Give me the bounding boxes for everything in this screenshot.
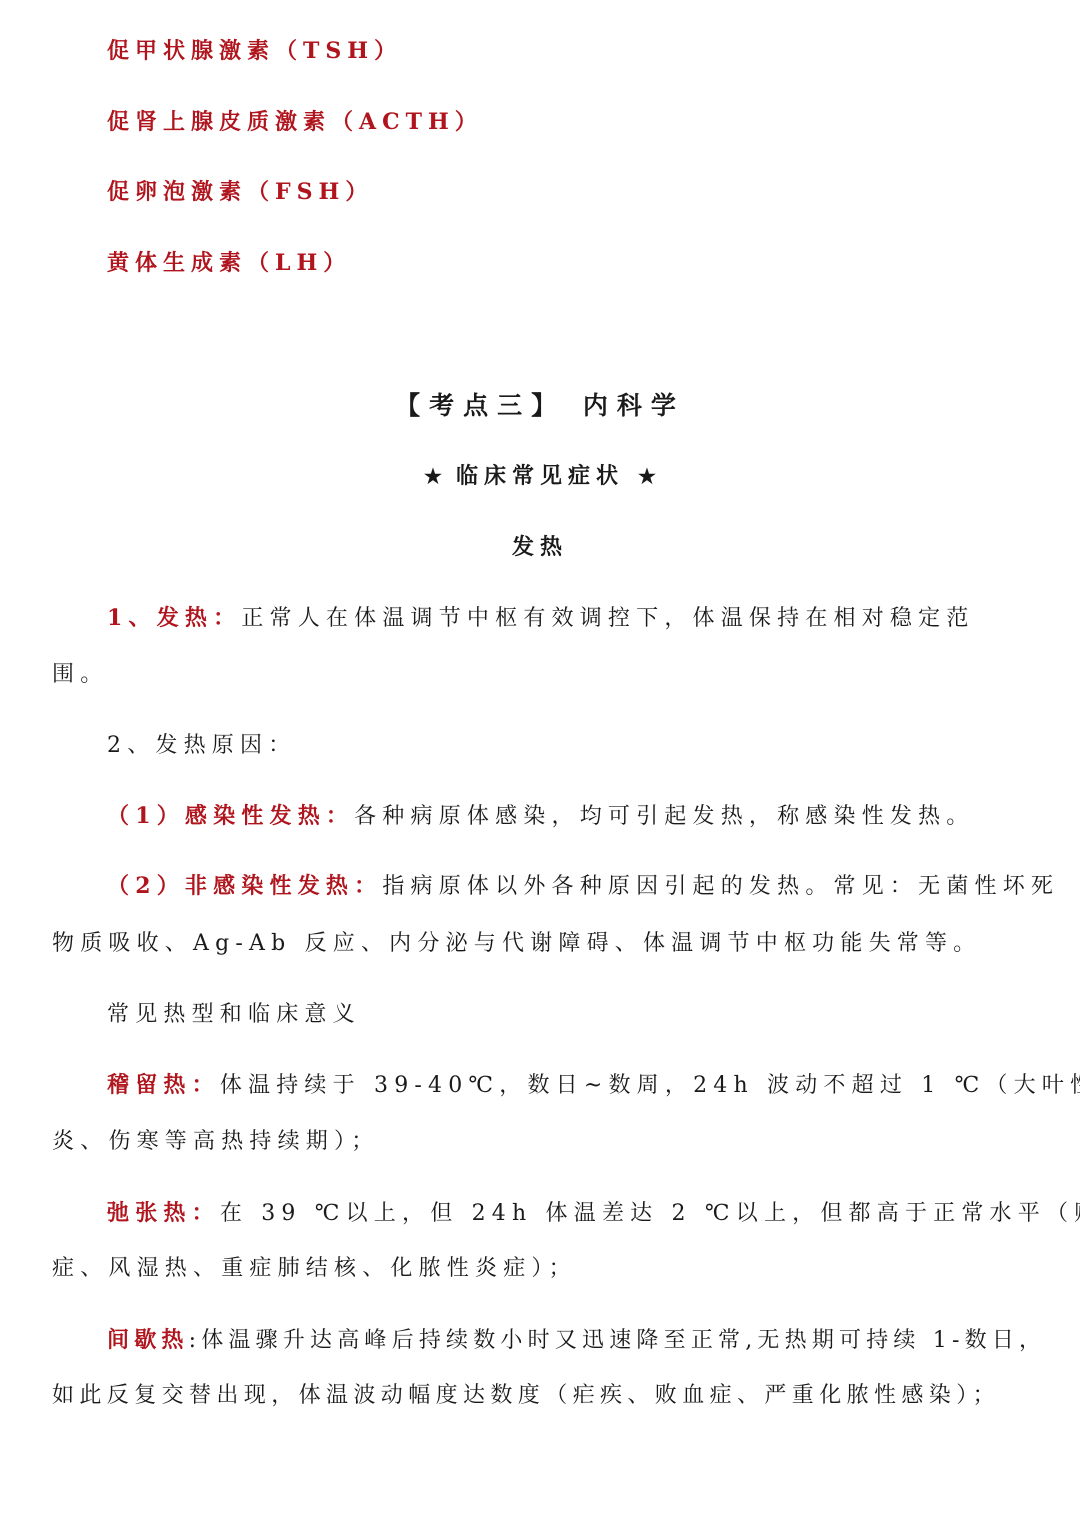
hormone-item-fsh: 促卵泡激素（FSH） xyxy=(107,181,373,203)
bracket-open: 【 xyxy=(395,391,429,420)
hormone-name: 促卵泡激素 xyxy=(107,179,247,205)
hormone-abbr: FSH xyxy=(275,179,345,205)
paragraph-text: 各种病原体感染，均可引起发热，称感染性发热。 xyxy=(354,804,974,829)
section-label: 考点三 xyxy=(429,391,531,420)
term-label: 1、发热： xyxy=(107,605,241,631)
paragraph-continuous-fever: 稽留热：体温持续于 39-40℃，数日~数周，24h 波动不超过 1 ℃（大叶性… xyxy=(107,1074,1080,1097)
paragraph-fever-definition: 1、发热：正常人在体温调节中枢有效调控下，体温保持在相对稳定范 xyxy=(107,607,975,630)
hormone-name: 促肾上腺皮质激素 xyxy=(107,109,331,135)
paragraph-text: 指病原体以外各种原因引起的发热。常见：无菌性坏死 xyxy=(382,874,1059,899)
hormone-abbr: LH xyxy=(275,250,323,276)
term-label: 间歇热 xyxy=(107,1327,189,1353)
paragraph-continuation: 围。 xyxy=(52,664,108,686)
hormone-item-acth: 促肾上腺皮质激素（ACTH） xyxy=(107,111,483,133)
hormone-item-lh: 黄体生成素（LH） xyxy=(107,252,351,274)
paragraph-noninfectious-fever: （2）非感染性发热：指病原体以外各种原因引起的发热。常见：无菌性坏死 xyxy=(107,875,1059,898)
hormone-abbr: ACTH xyxy=(359,109,455,135)
paragraph-text: :体温骤升达高峰后持续数小时又迅速降至正常,无热期可持续 1-数日， xyxy=(189,1328,1047,1353)
paragraph-continuation: 物质吸收、Ag-Ab 反应、内分泌与代谢障碍、体温调节中枢功能失常等。 xyxy=(52,933,981,955)
section-subtitle: ★临床常见症状★ xyxy=(0,465,1080,487)
bracket-close: 】 xyxy=(531,391,565,420)
paragraph-continuation: 症、风湿热、重症肺结核、化脓性炎症）； xyxy=(52,1258,577,1280)
paragraph-fever-types-heading: 常见热型和临床意义 xyxy=(107,1004,361,1026)
term-label: （2）非感染性发热： xyxy=(107,873,382,899)
section-subject: 内科学 xyxy=(583,391,685,420)
paragraph-remittent-fever: 弛张热：在 39 ℃以上，但 24h 体温差达 2 ℃以上，但都高于正常水平（败… xyxy=(107,1202,1080,1225)
subtitle-text: 临床常见症状 xyxy=(456,463,624,489)
star-icon: ★ xyxy=(424,464,442,488)
section-title: 【考点三】 内科学 xyxy=(0,393,1080,418)
paragraph-infectious-fever: （1）感染性发热：各种病原体感染，均可引起发热，称感染性发热。 xyxy=(107,805,975,828)
topic-heading: 发热 xyxy=(0,536,1080,558)
star-icon: ★ xyxy=(638,464,656,488)
paragraph-continuation: 炎、伤寒等高热持续期）； xyxy=(52,1131,379,1153)
paragraph-text: 正常人在体温调节中枢有效调控下，体温保持在相对稳定范 xyxy=(241,606,974,631)
paragraph-intermittent-fever: 间歇热:体温骤升达高峰后持续数小时又迅速降至正常,无热期可持续 1-数日， xyxy=(107,1329,1046,1352)
paragraph-fever-causes: 2、发热原因： xyxy=(107,735,296,757)
hormone-name: 促甲状腺激素 xyxy=(107,38,275,64)
paragraph-text: 体温持续于 39-40℃，数日~数周，24h 波动不超过 1 ℃（大叶性肺 xyxy=(220,1073,1080,1098)
paragraph-continuation: 如此反复交替出现，体温波动幅度达数度（疟疾、败血症、严重化脓性感染）； xyxy=(52,1385,1000,1407)
hormone-item-tsh: 促甲状腺激素（TSH） xyxy=(107,40,402,62)
term-label: 稽留热： xyxy=(107,1072,220,1098)
hormone-name: 黄体生成素 xyxy=(107,250,247,276)
hormone-abbr: TSH xyxy=(303,38,374,64)
term-label: 弛张热： xyxy=(107,1200,220,1226)
term-label: （1）感染性发热： xyxy=(107,803,354,829)
paragraph-text: 在 39 ℃以上，但 24h 体温差达 2 ℃以上，但都高于正常水平（败血 xyxy=(220,1201,1080,1226)
